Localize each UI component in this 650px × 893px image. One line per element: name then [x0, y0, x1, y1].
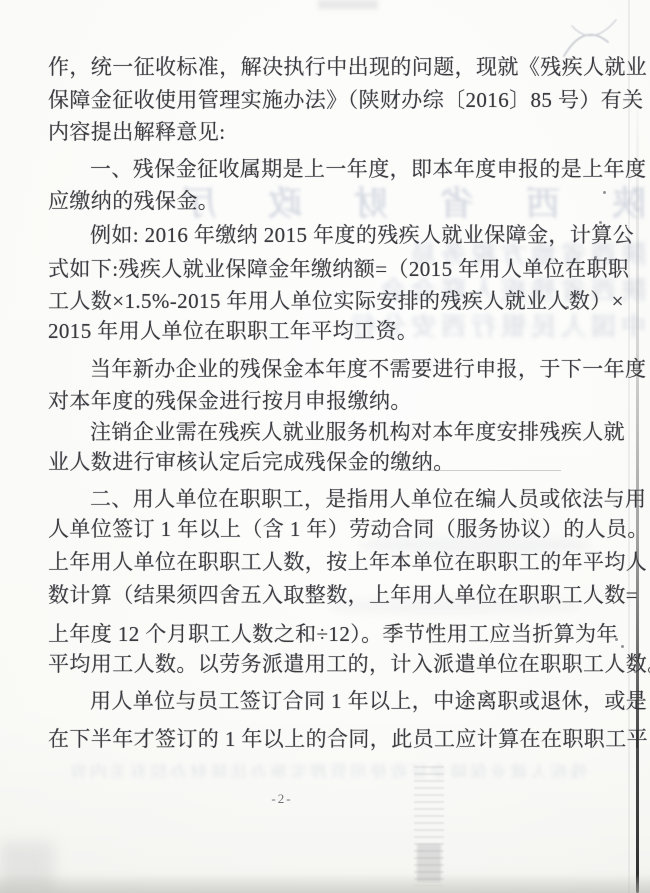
- document-text-line: 当年新办企业的残保金本年度不需要进行申报，于下一年度: [90, 357, 650, 383]
- ink-speck: [609, 261, 612, 264]
- scan-artifact-top-smudge: [318, 0, 378, 9]
- ink-speck: [621, 645, 624, 648]
- document-text-line: 内容提出解释意见:: [48, 120, 623, 146]
- bleed-through-bottom-row: 残疾人就业保障金征收使用管理实施办法陕财办综有关内容: [72, 758, 587, 778]
- document-text-line: 工人数×1.5%-2015 年用人单位实际安排的残疾人就业人数）×: [48, 289, 623, 315]
- scanned-page: 陕西省财政厅 陕西省地方税务局陕西省残疾人联合会中国人民银行西安分行 残疾人就业…: [0, 0, 650, 893]
- document-text-line: 平均用工人数。以劳务派遣用工的，计入派遣单位在职职工人数。: [48, 652, 623, 678]
- scan-artifact-faint-line: [403, 470, 561, 471]
- ink-speck: [615, 638, 618, 641]
- scan-artifact-right-edge-line: [636, 85, 639, 893]
- ink-speck: [607, 226, 610, 229]
- document-text-line: 数计算（结果须四舍五入取整数，上年用人单位在职职工人数=: [48, 583, 623, 609]
- document-text-line: 式如下:残疾人就业保障金年缴纳额=（2015 年用人单位在职职: [48, 257, 623, 283]
- document-text-line: 业人数进行审核认定后完成残保金的缴纳。: [48, 450, 623, 476]
- document-text-line: 上年度 12 个月职工人数之和÷12）。季节性用工应当折算为年: [48, 622, 623, 648]
- ink-speck: [603, 191, 606, 194]
- ink-speck: [566, 306, 569, 309]
- document-text-line: 例如: 2016 年缴纳 2015 年度的残疾人就业保障金，计算公: [90, 223, 650, 249]
- pencil-scribble-mark: [558, 14, 622, 62]
- ink-speck: [599, 221, 602, 224]
- ink-speck: [594, 256, 597, 259]
- document-text-line: 作，统一征收标准，解决执行中出现的问题，现就《残疾人就业: [48, 55, 623, 81]
- document-text-line: 保障金征收使用管理实施办法》（陕财办综〔2016〕85 号）有关: [48, 88, 623, 114]
- scan-artifact-bottom-shadow: [0, 874, 650, 893]
- scan-artifact-margin-line: [628, 0, 630, 893]
- document-text-line: 人单位签订 1 年以上（含 1 年）劳动合同（服务协议）的人员。: [48, 517, 623, 543]
- document-text-line: 应缴纳的残保金。: [48, 189, 623, 215]
- document-text-line: 2015 年用人单位在职职工年平均工资。: [48, 319, 623, 345]
- document-text-line: 一、残保金征收属期是上一年度，即本年度申报的是上年度: [90, 157, 650, 183]
- page-number: -2-: [252, 791, 312, 807]
- ink-speck: [604, 257, 607, 260]
- document-text-line: 上年用人单位在职职工人数，按上年本单位在职职工的年平均人: [48, 550, 623, 576]
- document-text-line: 二、用人单位在职职工，是指用人单位在编人员或依法与用: [90, 487, 650, 513]
- document-text-line: 对本年度的残保金进行按月申报缴纳。: [48, 389, 623, 415]
- document-text-line: 注销企业需在残疾人就业服务机构对本年度安排残疾人就: [90, 420, 650, 446]
- scan-artifact-corner-shade: [0, 842, 54, 893]
- document-text-line: 在下半年才签订的 1 年以上的合同，此员工应计算在在职职工平: [48, 727, 623, 753]
- document-text-line: 用人单位与员工签订合同 1 年以上，中途离职或退休，或是: [90, 689, 650, 715]
